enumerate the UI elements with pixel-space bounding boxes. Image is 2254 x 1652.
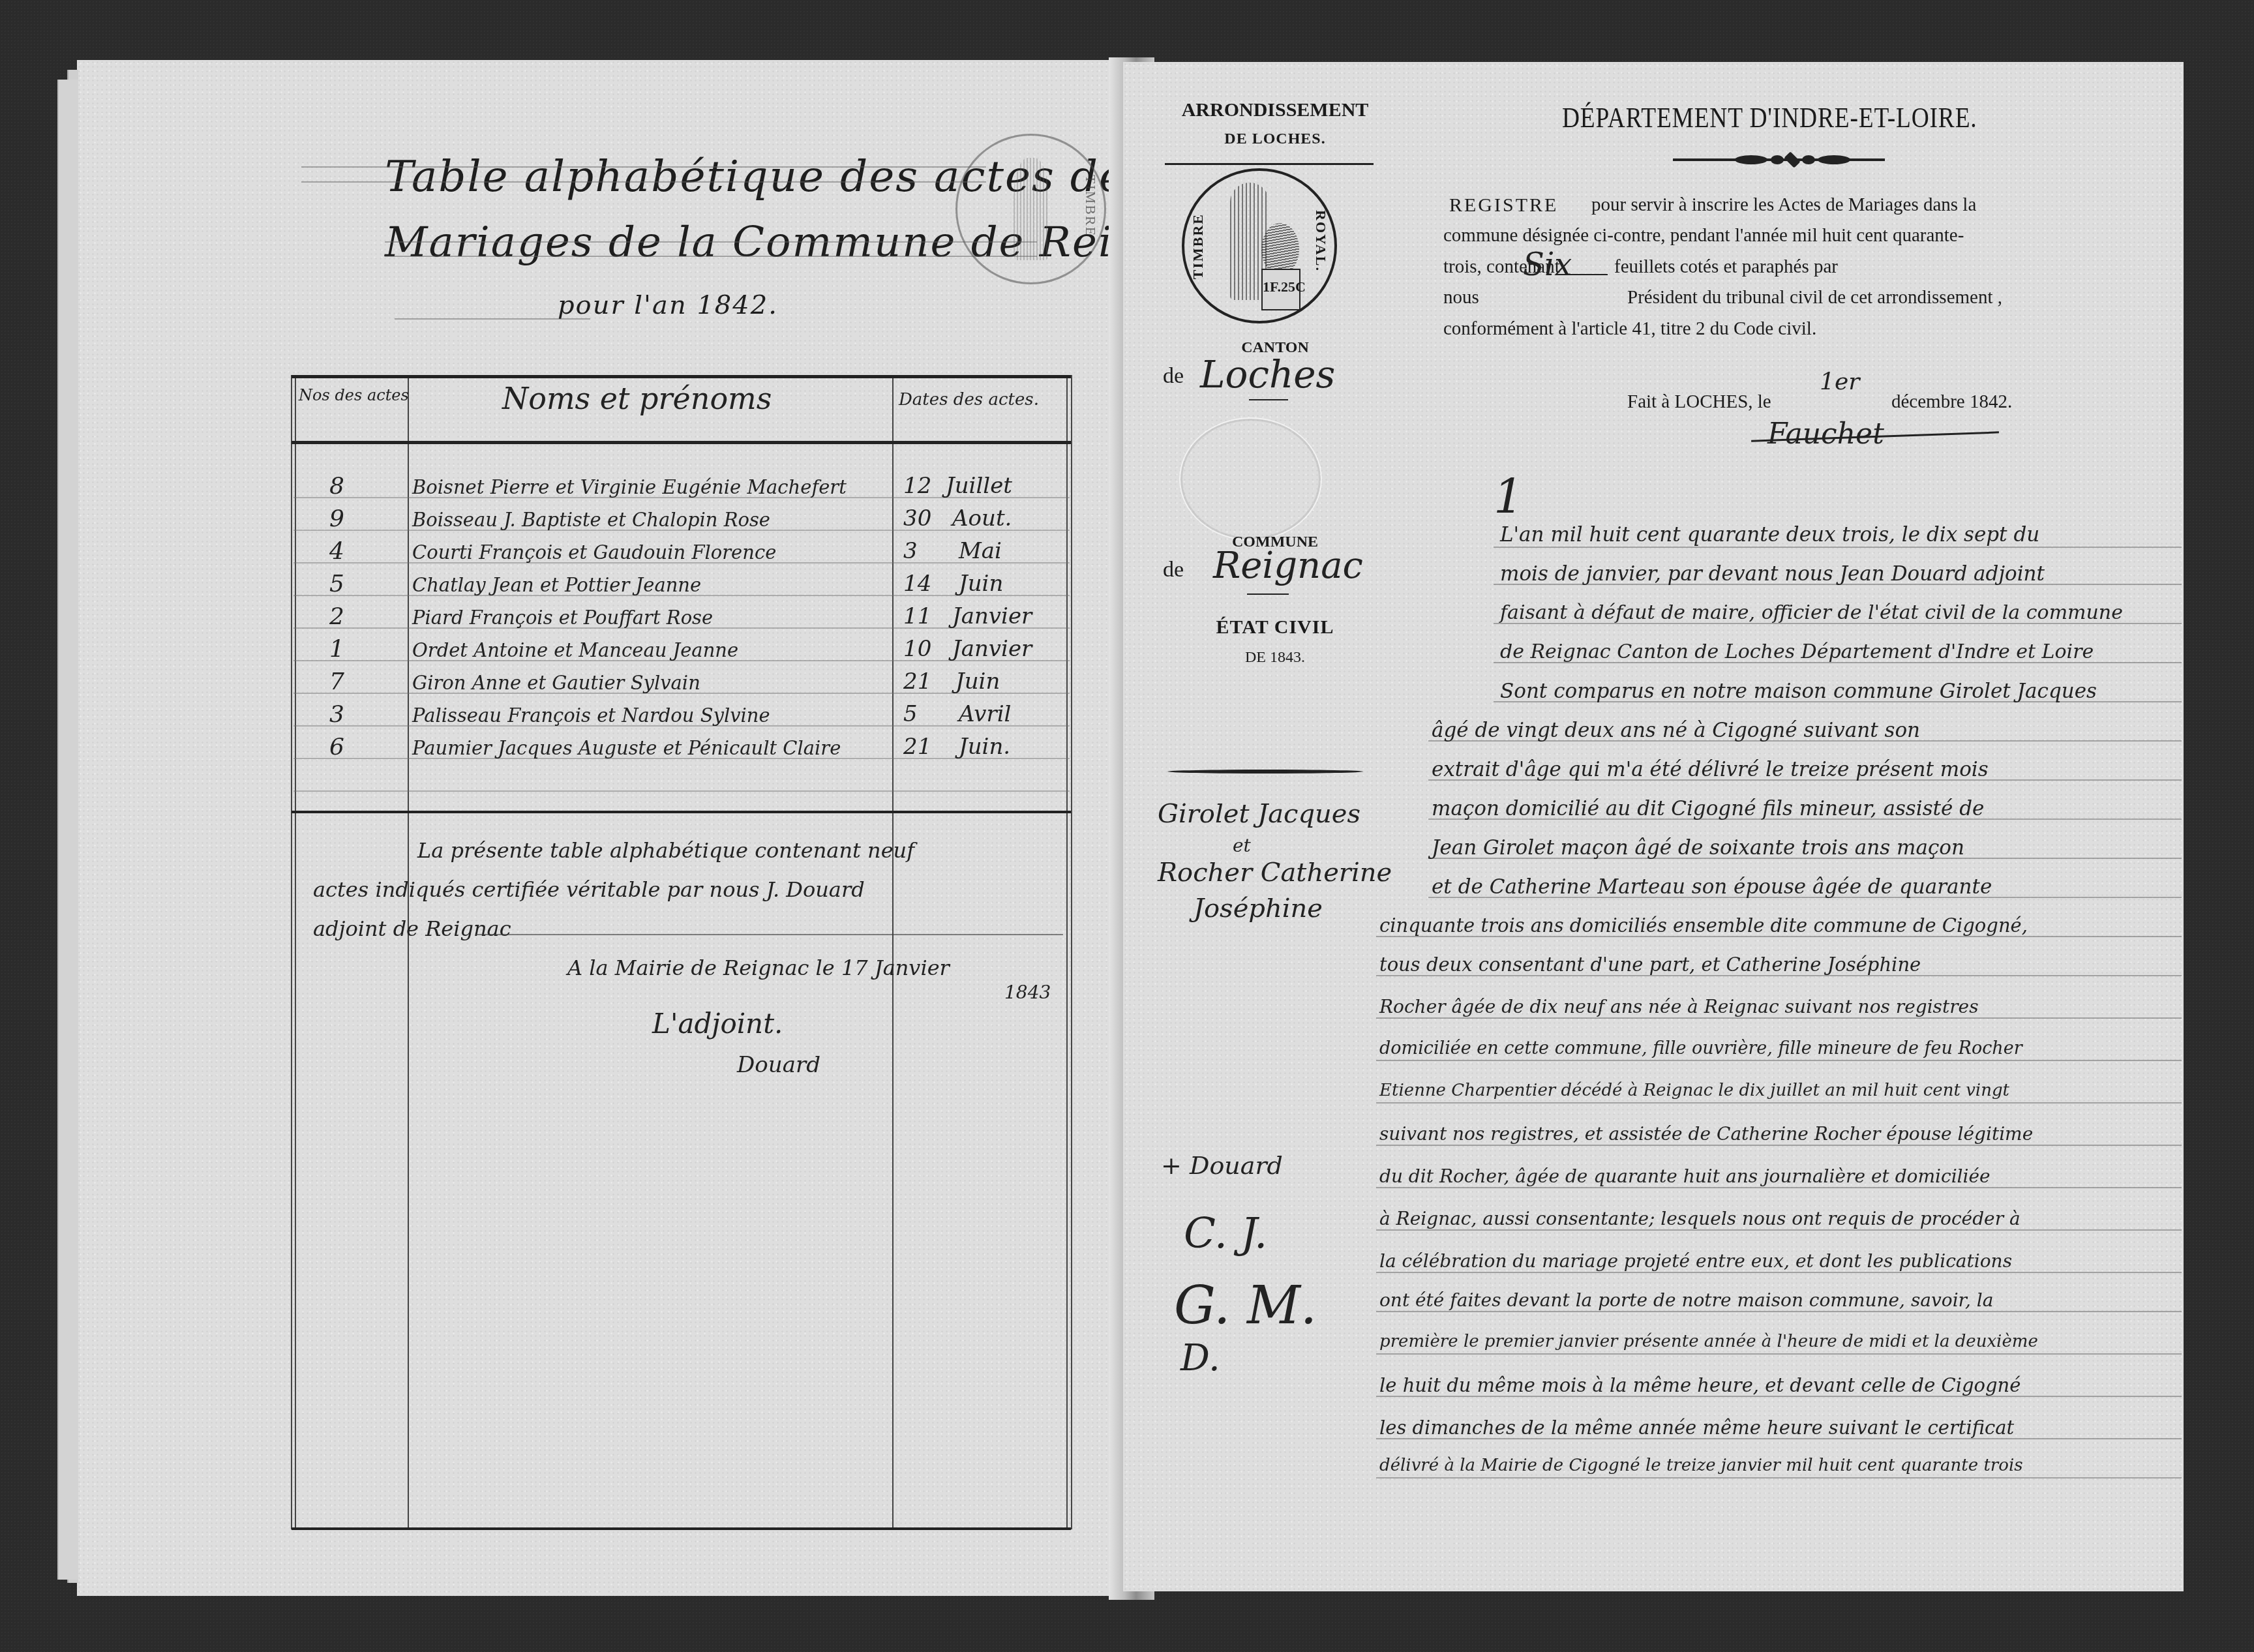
margin-initials-2: G. M. [1174, 1275, 1317, 1336]
etat-civil-year: DE 1843. [1167, 649, 1383, 667]
issue-day: 1er [1820, 368, 1859, 395]
arrondissement-name: DE LOCHES. [1167, 130, 1383, 148]
swash-divider [1167, 770, 1363, 773]
timbre-royal-stamp: 1F.25C TIMBRE ROYAL. [1182, 168, 1337, 323]
act-number: 1 [1494, 470, 1524, 524]
fait-a-label: Fait à LOCHES, le [1627, 391, 1771, 413]
margin-initials-3: D. [1180, 1337, 1220, 1379]
department-title: DÉPARTEMENT D'INDRE-ET-LOIRE. [1562, 101, 1977, 134]
margin-bride-name: Rocher Catherine [1158, 858, 1392, 888]
commune-value: Reignac [1213, 545, 1363, 587]
etat-civil-label: ÉTAT CIVIL [1167, 616, 1383, 638]
ornament-divider [1673, 155, 1885, 164]
header-dates: Dates des actes. [899, 390, 1039, 410]
closing-line-3: adjoint de Reignac [313, 916, 511, 941]
issue-date: décembre 1842. [1891, 391, 2012, 413]
closing-role: L'adjoint. [652, 1008, 783, 1040]
registre-word: REGISTRE [1449, 194, 1558, 217]
stamp-seal-faded: TIMBRE [955, 134, 1106, 284]
sheets-count: Six [1523, 247, 1572, 283]
page-stack-edge [57, 80, 78, 1580]
embossed-seal [1179, 417, 1322, 541]
margin-groom-name: Girolet Jacques [1158, 799, 1360, 829]
margin-initials-1: C. J. [1184, 1210, 1267, 1258]
president-signature: Fauchet [1767, 417, 1884, 451]
closing-line-1: La présente table alphabétique contenant… [417, 838, 914, 863]
margin-approval-note: + Douard [1161, 1151, 1283, 1180]
adjoint-signature: Douard [737, 1052, 820, 1078]
closing-year: 1843 [1004, 982, 1051, 1003]
header-names: Noms et prénoms [502, 381, 772, 416]
closing-line-2: actes indiqués certifiée véritable par n… [313, 877, 865, 902]
seal-figure-icon [1014, 158, 1049, 261]
title-line-3: pour l'an 1842. [558, 290, 778, 320]
header-number: Nos des actes [299, 386, 409, 404]
shield-icon [1261, 223, 1299, 275]
closing-place-date: A la Mairie de Reignac le 17 Janvier [567, 955, 950, 980]
arrondissement-label: ARRONDISSEMENT [1167, 99, 1383, 121]
canton-value: Loches [1200, 352, 1335, 397]
